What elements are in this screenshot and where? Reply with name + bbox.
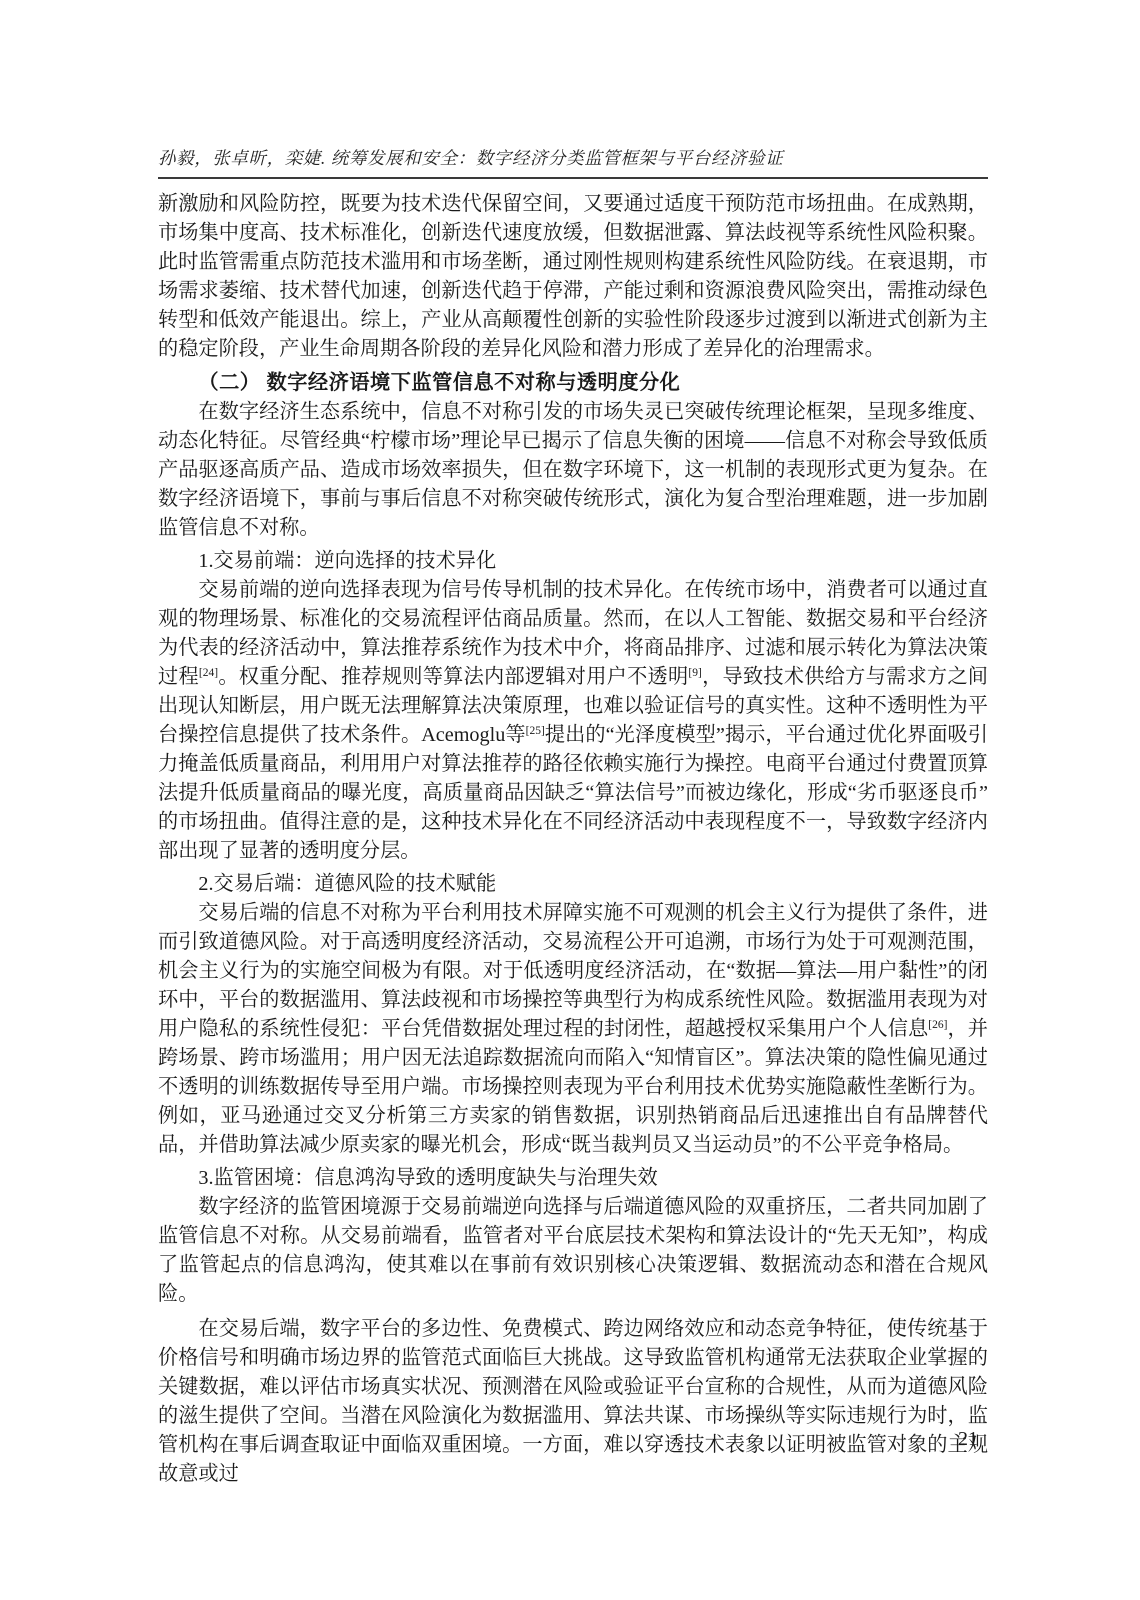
- body-paragraph: 数字经济的监管困境源于交易前端逆向选择与后端道德风险的双重挤压，二者共同加剧了监…: [158, 1193, 988, 1309]
- body-paragraph: 交易前端的逆向选择表现为信号传导机制的技术异化。在传统市场中，消费者可以通过直观…: [158, 576, 988, 866]
- section-heading: （二） 数字经济语境下监管信息不对称与透明度分化: [158, 369, 988, 398]
- body-paragraph: 交易后端的信息不对称为平台利用技术屏障实施不可观测的机会主义行为提供了条件，进而…: [158, 899, 988, 1160]
- numbered-subheading: 1.交易前端：逆向选择的技术异化: [158, 547, 988, 576]
- body-paragraph: 在交易后端，数字平台的多边性、免费模式、跨边网络效应和动态竞争特征，使传统基于价…: [158, 1315, 988, 1489]
- citation-ref: [9]: [688, 667, 701, 679]
- document-page: 孙毅，张卓昕，栾婕. 统筹发展和安全：数字经济分类监管框架与平台经济验证 新激励…: [0, 0, 1140, 1600]
- numbered-subheading: 3.监管困境：信息鸿沟导致的透明度缺失与治理失效: [158, 1164, 988, 1193]
- body-paragraph: 新激励和风险防控，既要为技术迭代保留空间，又要通过适度干预防范市场扭曲。在成熟期…: [158, 190, 988, 364]
- page-content: 孙毅，张卓昕，栾婕. 统筹发展和安全：数字经济分类监管框架与平台经济验证 新激励…: [158, 145, 988, 1489]
- citation-ref: [24]: [199, 667, 218, 679]
- citation-ref: [26]: [928, 1019, 947, 1031]
- body-paragraph: 在数字经济生态系统中，信息不对称引发的市场失灵已突破传统理论框架，呈现多维度、动…: [158, 398, 988, 543]
- header-rule: [158, 177, 988, 179]
- citation-ref: [25]: [526, 725, 545, 737]
- numbered-subheading: 2.交易后端：道德风险的技术赋能: [158, 870, 988, 899]
- running-header: 孙毅，张卓昕，栾婕. 统筹发展和安全：数字经济分类监管框架与平台经济验证: [158, 145, 988, 177]
- page-body: 新激励和风险防控，既要为技术迭代保留空间，又要通过适度干预防范市场扭曲。在成熟期…: [158, 190, 988, 1489]
- page-number: 21: [958, 1428, 978, 1451]
